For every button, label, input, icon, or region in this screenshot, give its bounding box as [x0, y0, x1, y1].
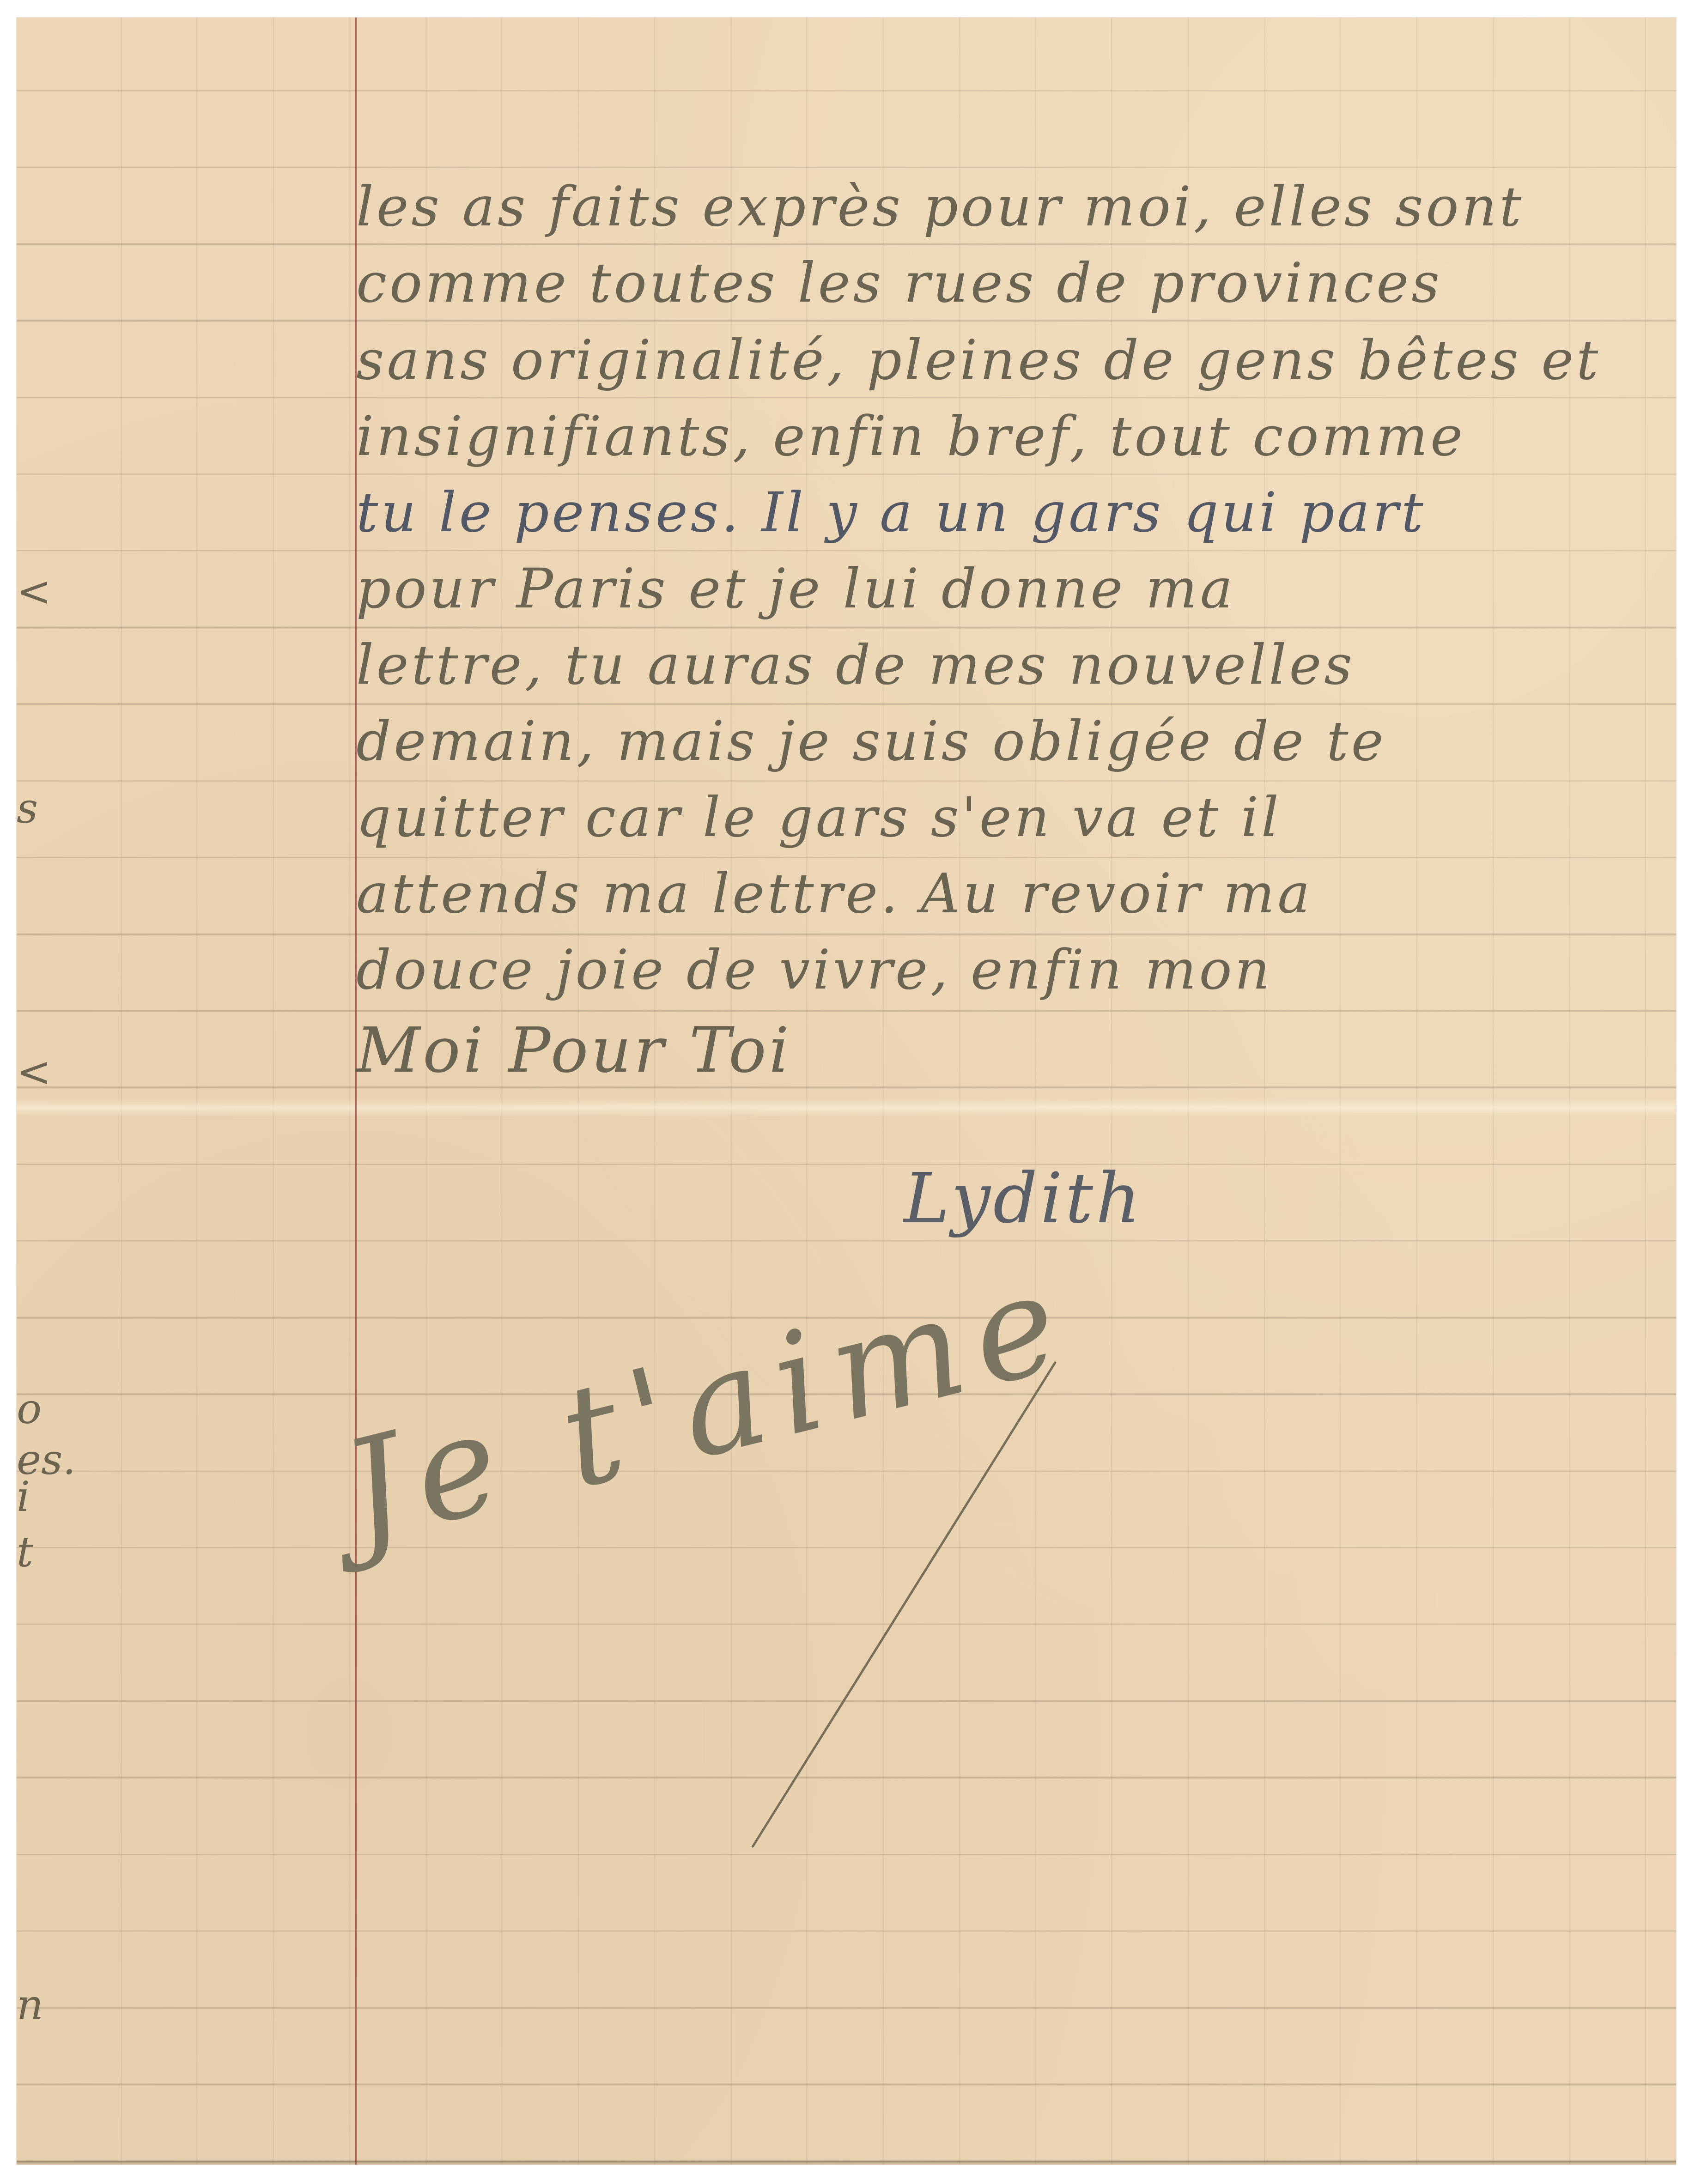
edge-fragment: < — [17, 1048, 51, 1096]
letter-line: demain, mais je suis obligée de te — [356, 709, 1386, 773]
letter-line: lettre, tu auras de mes nouvelles — [356, 633, 1355, 697]
edge-fragment: < — [17, 567, 51, 616]
letter-line: pour Paris et je lui donne ma — [356, 557, 1235, 620]
edge-fragment: t — [17, 1528, 33, 1577]
letter-line: tu le penses. Il y a un gars qui part — [356, 480, 1426, 544]
paper-bottom-edge — [17, 2161, 1676, 2165]
letter-page: < s < o es. i t n les as faits exprès po… — [17, 18, 1676, 2165]
letter-line: quitter car le gars s'en va et il — [356, 785, 1282, 849]
letter-line: douce joie de vivre, enfin mon — [356, 938, 1273, 1001]
letter-line: les as faits exprès pour moi, elles sont — [356, 175, 1524, 238]
letter-closing: Moi Pour Toi — [356, 1014, 792, 1086]
letter-line: insignifiants, enfin bref, tout comme — [356, 404, 1465, 468]
letter-line: attends ma lettre. Au revoir ma — [356, 861, 1313, 925]
edge-fragment: o — [17, 1385, 42, 1433]
letter-line: sans originalité, pleines de gens bêtes … — [356, 328, 1601, 392]
edge-fragment: s — [17, 784, 38, 833]
signature: Lydith — [904, 1159, 1143, 1239]
postscript-je-taime: Je t'aime — [329, 1238, 1087, 1574]
edge-fragment: n — [17, 1981, 43, 2029]
edge-fragment: i — [17, 1473, 30, 1521]
letter-line: comme toutes les rues de provinces — [356, 251, 1442, 315]
fold-crease — [17, 1098, 1676, 1117]
